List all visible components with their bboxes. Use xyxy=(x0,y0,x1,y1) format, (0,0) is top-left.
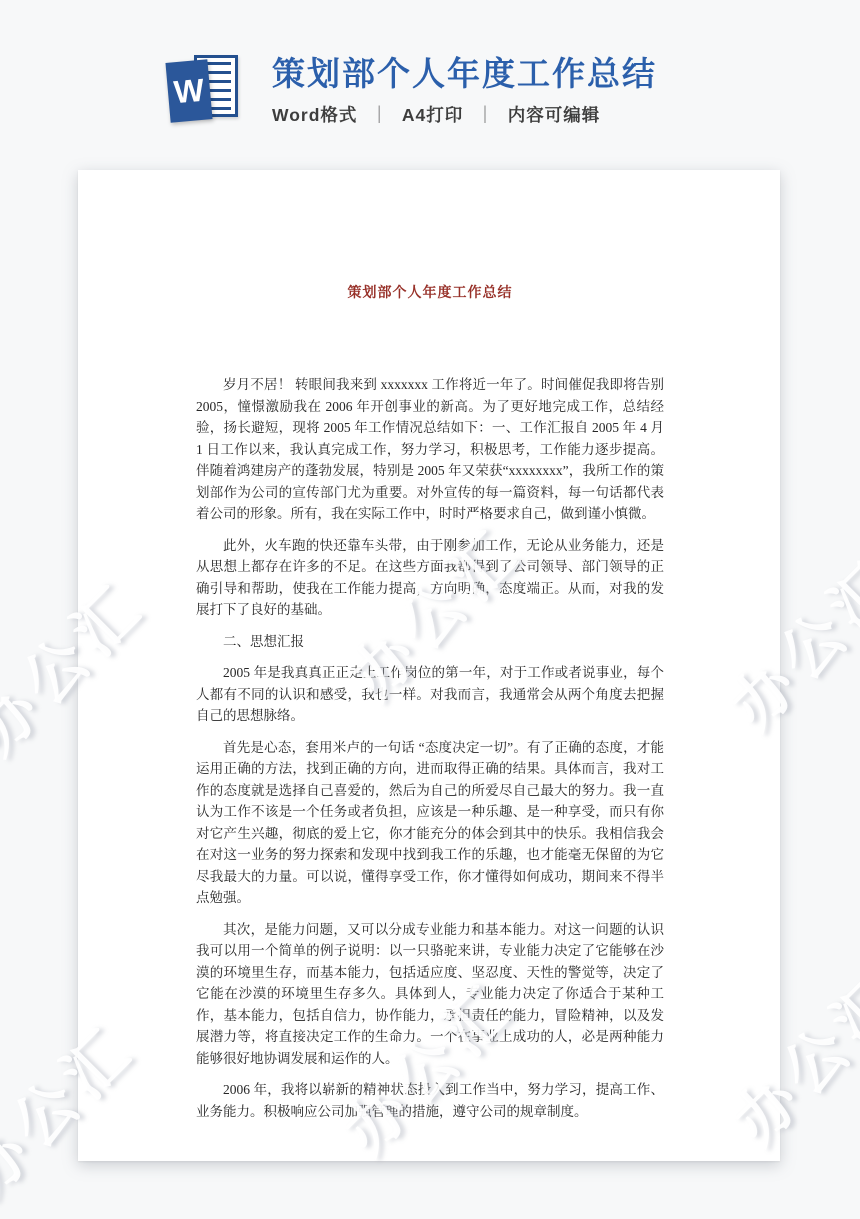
format-badges: Word格式｜A4打印｜内容可编辑 xyxy=(272,102,657,127)
paragraph: 首先是心态，套用米卢的一句话 “态度决定一切”。有了正确的态度，才能运用正确的方… xyxy=(196,737,664,909)
page-title: 策划部个人年度工作总结 xyxy=(272,54,657,94)
separator-pipe: ｜ xyxy=(370,105,389,125)
document-title: 策划部个人年度工作总结 xyxy=(196,170,664,302)
paragraph: 此外，火车跑的快还靠车头带，由于刚参加工作，无论从业务能力，还是从思想上都存在许… xyxy=(196,535,664,621)
word-document-icon: W xyxy=(168,54,238,128)
word-icon-letter: W xyxy=(173,74,206,109)
paragraph: 二、思想汇报 xyxy=(196,631,664,653)
badge-a4-print: A4打印 xyxy=(402,105,463,125)
header: W 策划部个人年度工作总结 Word格式｜A4打印｜内容可编辑 xyxy=(168,54,657,128)
header-text: 策划部个人年度工作总结 Word格式｜A4打印｜内容可编辑 xyxy=(272,54,657,127)
document-body: 岁月不居！ 转眼间我来到 xxxxxxx 工作将近一年了。时间催促我即将告别20… xyxy=(196,374,664,1122)
badge-word-format: Word格式 xyxy=(272,105,357,125)
paragraph: 其次，是能力问题，又可以分成专业能力和基本能力。对这一问题的认识我可以用一个简单… xyxy=(196,919,664,1070)
badge-editable: 内容可编辑 xyxy=(508,105,601,125)
separator-pipe: ｜ xyxy=(476,105,495,125)
paragraph: 2005 年是我真真正正走上工作岗位的第一年，对于工作或者说事业，每个人都有不同… xyxy=(196,662,664,727)
paragraph: 2006 年，我将以崭新的精神状态投入到工作当中，努力学习，提高工作、业务能力。… xyxy=(196,1079,664,1122)
paragraph: 岁月不居！ 转眼间我来到 xxxxxxx 工作将近一年了。时间催促我即将告别20… xyxy=(196,374,664,525)
word-icon-panel: W xyxy=(165,59,212,122)
document-page: 策划部个人年度工作总结 岁月不居！ 转眼间我来到 xxxxxxx 工作将近一年了… xyxy=(78,170,780,1161)
